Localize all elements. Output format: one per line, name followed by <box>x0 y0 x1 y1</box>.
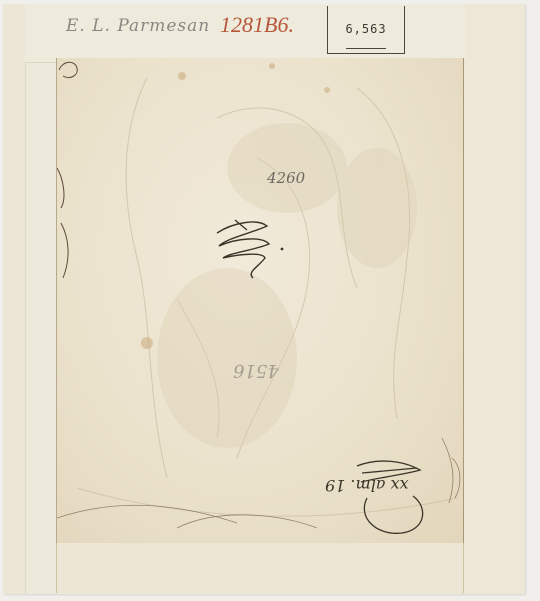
red-ink-number: 1281B6. <box>220 12 294 38</box>
inventory-stamp: 6,563 <box>327 6 405 54</box>
mount-right-margin <box>462 4 525 594</box>
bottom-right-inscription: xx alm. 19 <box>325 476 409 495</box>
figure-sketch <box>57 58 463 543</box>
stamp-number: 6,563 <box>328 22 404 36</box>
pencil-attribution: E. L. Parmesan <box>66 16 210 36</box>
drawing-sheet <box>56 58 464 543</box>
stamp-rule <box>346 48 386 49</box>
mount-left-edge <box>3 4 26 594</box>
bottom-margin-strip <box>56 543 464 593</box>
faint-inverted-number: 4516 <box>233 360 279 381</box>
center-inventory-number: 4260 <box>267 169 305 187</box>
